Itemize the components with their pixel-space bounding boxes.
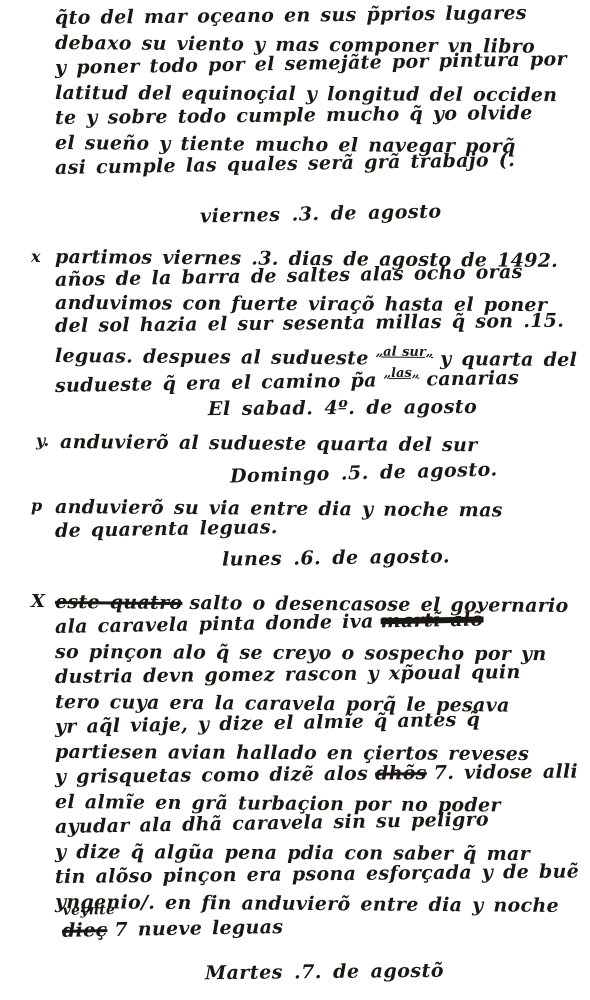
strikethrough-text: dieç [62,919,108,942]
text-segment: ala caravela pinta donde iva [55,610,374,638]
date-heading-domingo-5-agosto: Domingo .5. de agosto. [230,458,498,489]
paragraph-entry-viernes: x partimos viernes .3. dias de agosto de… [55,246,577,398]
marginal-paragraph-mark: y. [36,431,49,450]
interlinear-correction: veynte [63,903,116,918]
paragraph-entry-lunes: X este quatrosalto o desencasose el gove… [55,590,579,944]
marginal-paragraph-mark: p [31,496,42,515]
date-heading-sabado-4-agosto: El sabad. 4º. de agosto [208,395,477,421]
text-line: q̃to del mar oçeano en sus p̃prios lugar… [55,1,567,31]
text-line: y grisquetas como dizẽ alosdhõs7. vidose… [55,760,579,790]
paragraph-entry-domingo: p anduvierõ su via entre dia y noche mas… [55,495,503,543]
text-line: tin alõso pinçon era psona esforçada y d… [55,860,579,890]
interlinear-insertion: „al sur„ [376,345,434,360]
paragraph-entry-sabado: y. anduvierõ al sudueste quarta del sur [60,430,478,455]
date-heading-lunes-6-agosto: lunes .6. de agosto. [222,544,450,571]
date-heading-viernes-3-agosto: viernes .3. de agosto [200,199,442,228]
date-heading-martes-7-agosto: Martes .7. de agostõ [205,959,444,986]
interlinear-insertion: „las„ [383,366,419,382]
paragraph-prologue: q̃to del mar oçeano en sus p̃prios lugar… [55,6,567,181]
text-segment: sudueste q̃ era el camino p̃a [55,369,377,397]
strikethrough-text: este quatro [55,591,183,614]
text-segment: 7. vidose alli [434,761,578,785]
text-line: te y sobre todo cumple mucho q̃ yo olvid… [55,101,567,131]
text-line: anduvierõ al sudueste quarta del sur [60,430,478,458]
strikethrough-text: dhõs [375,762,427,785]
marginal-paragraph-mark: x [31,247,41,266]
marginal-cross-mark: X [31,591,45,612]
text-segment: canarias [426,367,519,391]
manuscript-page: q̃to del mar oçeano en sus p̃prios lugar… [0,0,590,1000]
text-line: del sol hazia el sur sesenta millas q̃ s… [55,310,577,338]
text-segment: 7 nueve leguas [114,916,283,941]
text-line: dustria devn gomez rascon y xp̃oual quin [55,660,579,690]
text-segment: y grisquetas como dizẽ alos [55,763,368,788]
blotted-strikethrough-text: martĩ alõ [380,609,483,633]
